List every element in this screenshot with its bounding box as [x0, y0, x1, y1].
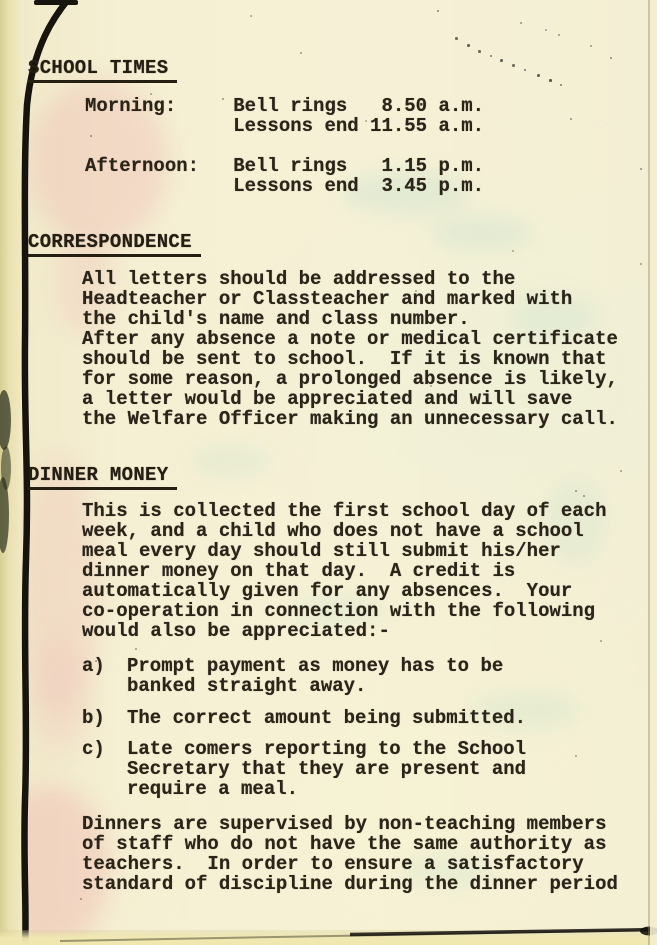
- scanned-document-page: SCHOOL TIMES Morning: Bell rings 8.50 a.…: [0, 0, 657, 945]
- dinner-supervision-paragraph: Dinners are supervised by non-teaching m…: [82, 814, 618, 894]
- list-item-label: b): [82, 708, 127, 728]
- school-times-schedule: Morning: Bell rings 8.50 a.m. Lessons en…: [85, 96, 484, 196]
- list-item-a: a) Prompt payment as money has to be ban…: [82, 656, 503, 696]
- list-item-label: a): [82, 656, 127, 696]
- list-item-label: c): [82, 739, 127, 799]
- heading-school-times: SCHOOL TIMES: [28, 57, 177, 83]
- page-content: SCHOOL TIMES Morning: Bell rings 8.50 a.…: [0, 0, 657, 945]
- dinner-money-intro-paragraph: This is collected the first school day o…: [82, 501, 607, 641]
- correspondence-paragraph: All letters should be addressed to the H…: [82, 269, 618, 429]
- list-item-text: Late comers reporting to the School Secr…: [127, 739, 526, 799]
- heading-dinner-money: DINNER MONEY: [28, 464, 177, 490]
- list-item-text: Prompt payment as money has to be banked…: [127, 656, 503, 696]
- list-item-b: b) The correct amount being submitted.: [82, 708, 526, 728]
- heading-correspondence: CORRESPONDENCE: [28, 231, 201, 257]
- list-item-text: The correct amount being submitted.: [127, 708, 526, 728]
- list-item-c: c) Late comers reporting to the School S…: [82, 739, 526, 799]
